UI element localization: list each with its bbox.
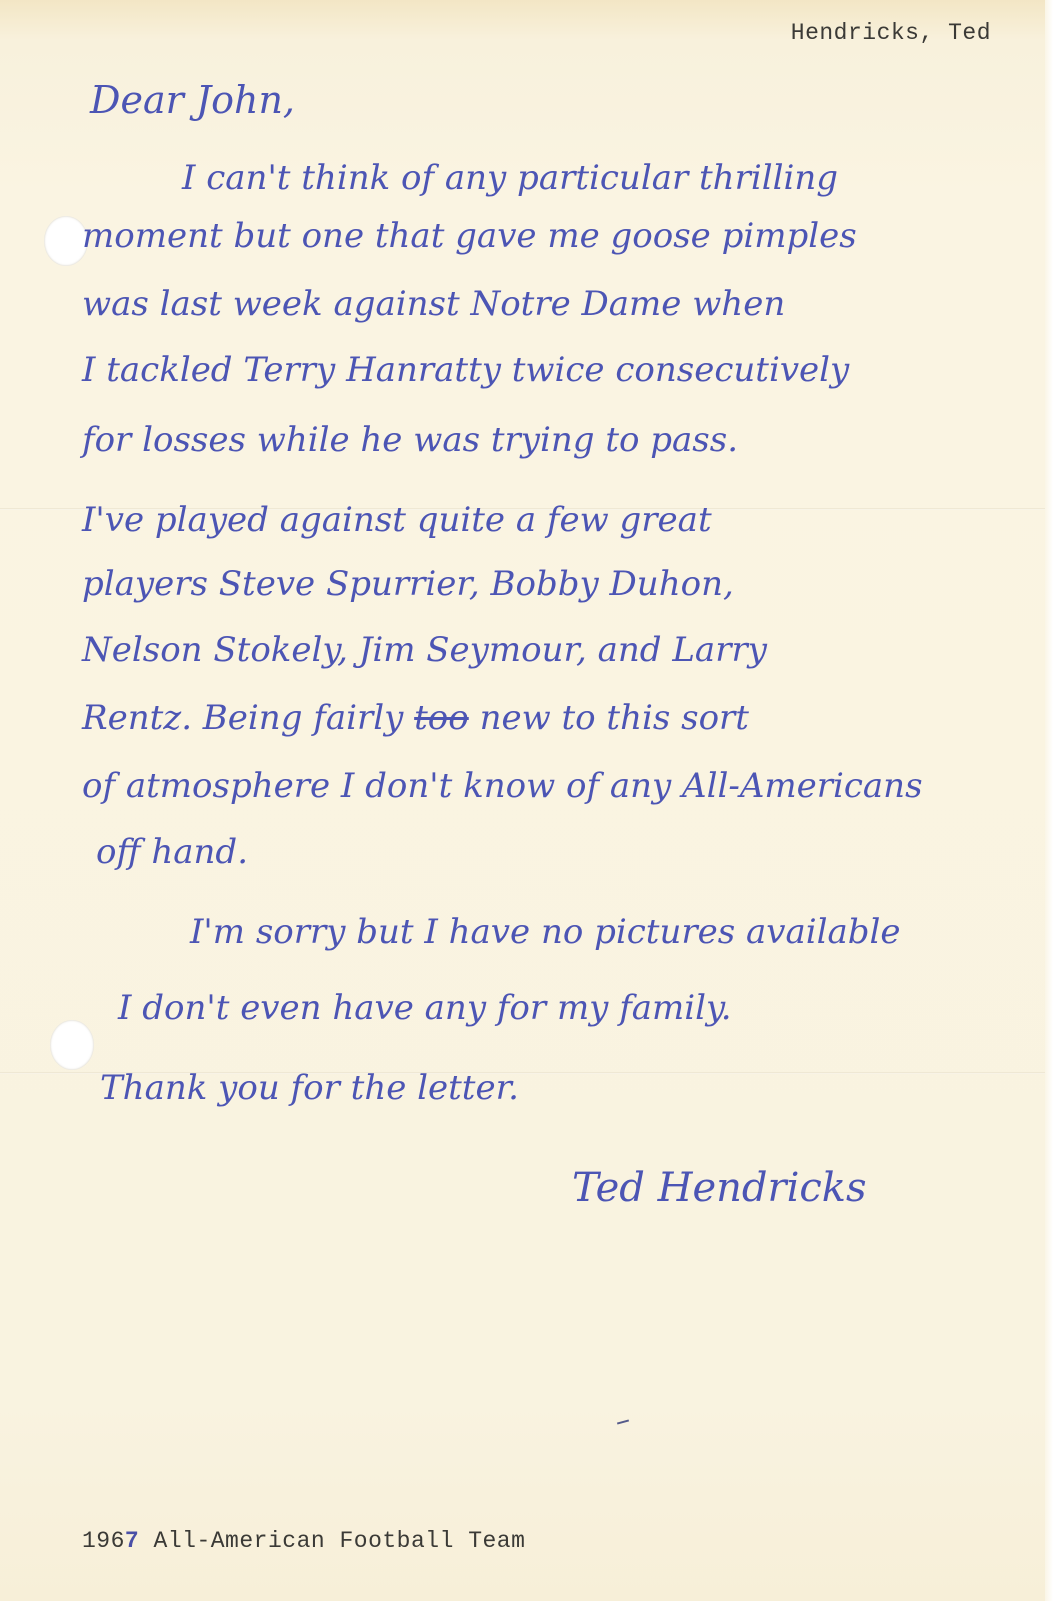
year-prefix: 196 [82,1528,125,1554]
paper-edge [1045,0,1053,1601]
letter-line: I tackled Terry Hanratty twice consecuti… [82,350,849,390]
typed-header-name: Hendricks, Ted [791,20,991,46]
letter-line: I'm sorry but I have no pictures availab… [190,912,901,952]
letter-line: of atmosphere I don't know of any All-Am… [82,766,923,806]
letter-line: I've played against quite a few great [82,500,712,540]
line-text: new to this sort [480,698,749,738]
letter-line: Nelson Stokely, Jim Seymour, and Larry [82,630,767,670]
salutation: Dear John, [90,78,295,122]
signature: Ted Hendricks [572,1165,867,1211]
letter-line: Thank you for the letter. [100,1068,519,1108]
letter-line: players Steve Spurrier, Bobby Duhon, [82,564,734,604]
typed-footer: 1967 All-American Football Team [82,1528,525,1554]
letter-line: moment but one that gave me goose pimple… [82,216,857,256]
letter-line: Rentz. Being fairly too new to this sort [82,698,749,738]
punch-hole [50,1020,94,1070]
struck-word: too [414,698,469,738]
letter-line: I don't even have any for my family. [118,988,732,1028]
team-label: All-American Football Team [154,1528,526,1554]
letter-line: off hand. [96,832,248,872]
letter-line: for losses while he was trying to pass. [82,420,738,460]
letter-line: was last week against Notre Dame when [82,284,785,324]
year-corrected-digit: 7 [125,1528,139,1554]
line-text: Rentz. Being fairly [82,698,403,738]
letter-line: I can't think of any particular thrillin… [182,158,838,198]
